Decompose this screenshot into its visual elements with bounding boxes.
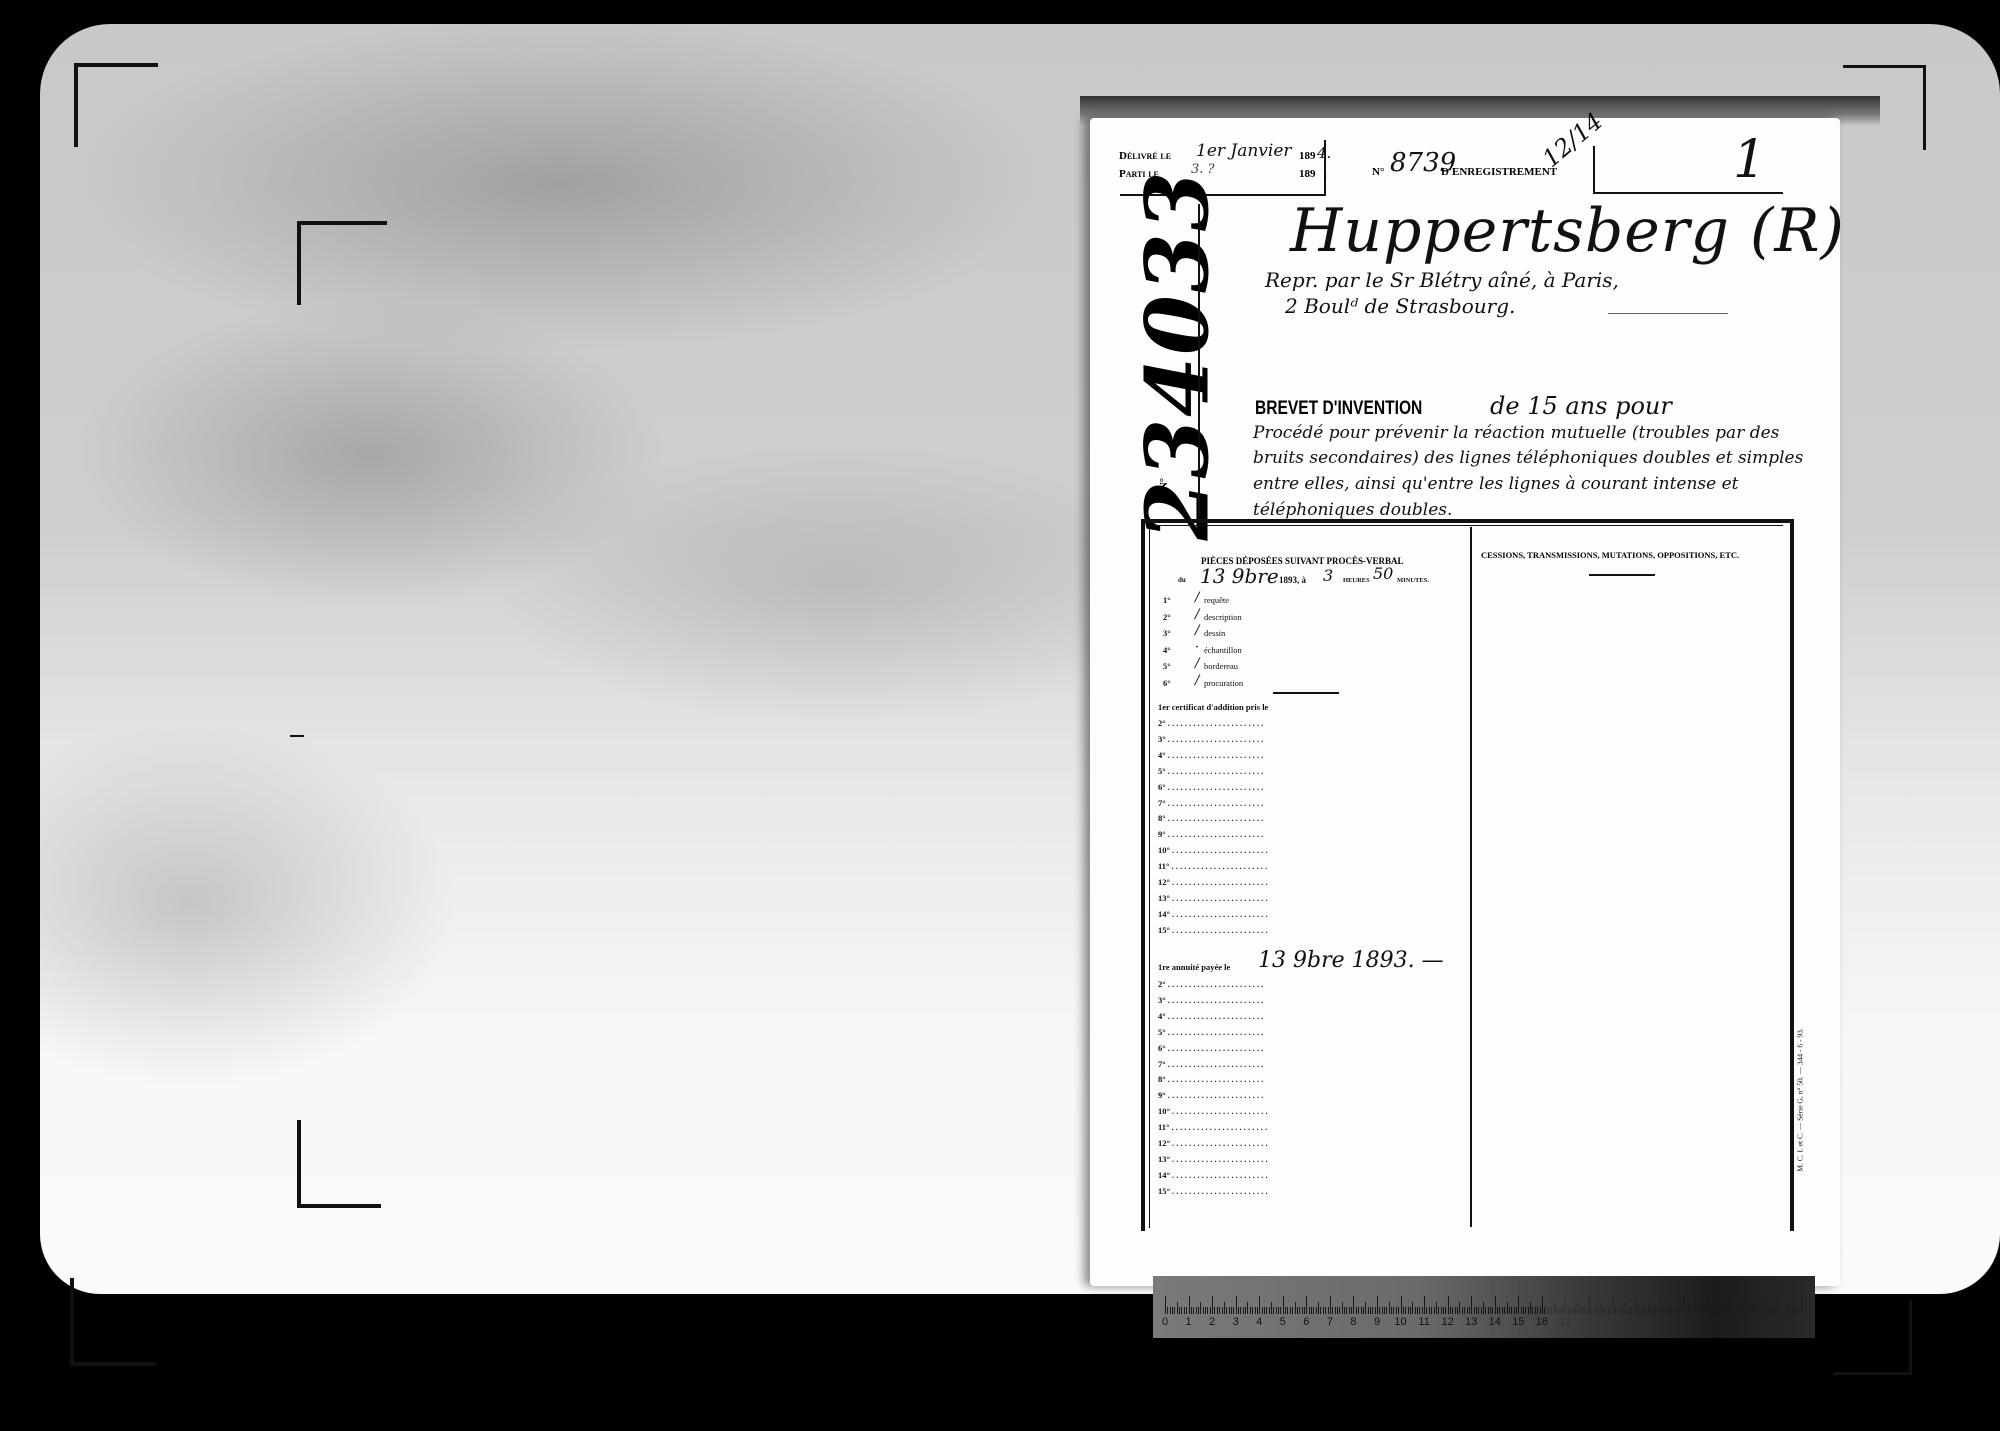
ruler-tick <box>1193 1307 1194 1314</box>
ruler-tick <box>1636 1296 1637 1314</box>
ruler-tick <box>1342 1302 1343 1314</box>
ruler-tick <box>1269 1307 1270 1314</box>
ruler-tick <box>1471 1296 1472 1314</box>
ruler-tick <box>1627 1307 1628 1314</box>
certificat-row: 4° . . . . . . . . . . . . . . . . . . .… <box>1158 750 1263 760</box>
ruler-tick <box>1243 1307 1244 1314</box>
ruler-tick <box>1252 1307 1253 1314</box>
ruler-tick <box>1273 1307 1274 1314</box>
cessions-heading: CESSIONS, TRANSMISSIONS, MUTATIONS, OPPO… <box>1481 550 1739 560</box>
ruler-tick <box>1167 1307 1168 1314</box>
ruler-tick <box>1226 1307 1227 1314</box>
ruler-tick <box>1276 1307 1277 1314</box>
ruler-tick <box>1641 1307 1642 1314</box>
ruler-tick <box>1785 1307 1786 1314</box>
ruler-tick <box>1719 1302 1720 1314</box>
ruler-tick <box>1733 1307 1734 1314</box>
description-line: entre elles, ainsi qu'entre les lignes à… <box>1253 474 1739 494</box>
ruler-tick <box>1516 1307 1517 1314</box>
ruler-tick <box>1518 1296 1519 1314</box>
ruler-tick <box>1683 1296 1684 1314</box>
ruler-tick <box>1391 1307 1392 1314</box>
ruler-tick <box>1695 1302 1696 1314</box>
ruler-tick <box>1405 1307 1406 1314</box>
annuite-first-label: 1re annuité payée le <box>1158 962 1230 972</box>
ruler-tick <box>1382 1307 1383 1314</box>
ruler-tick <box>1191 1307 1192 1314</box>
ruler-tick <box>1236 1296 1237 1314</box>
ruler-tick <box>1325 1307 1326 1314</box>
ruler-tick <box>1210 1307 1211 1314</box>
certificat-row: 8° . . . . . . . . . . . . . . . . . . .… <box>1158 813 1263 823</box>
certificat-row: 13° . . . . . . . . . . . . . . . . . . … <box>1158 893 1268 903</box>
ruler-tick <box>1441 1307 1442 1314</box>
ruler-tick <box>1285 1307 1286 1314</box>
ruler-tick <box>1386 1307 1387 1314</box>
certificat-row: 7° . . . . . . . . . . . . . . . . . . .… <box>1158 798 1263 808</box>
ruler-tick <box>1794 1307 1795 1314</box>
ruler-tick <box>1287 1307 1288 1314</box>
ruler-tick <box>1179 1307 1180 1314</box>
ruler-tick <box>1594 1307 1595 1314</box>
corner-mark-bottom-left-outer <box>70 1278 156 1366</box>
ruler-tick <box>1749 1307 1750 1314</box>
annuite-row: 9° . . . . . . . . . . . . . . . . . . .… <box>1158 1090 1263 1100</box>
ruler-tick <box>1346 1307 1347 1314</box>
measurement-ruler: 01234567891011121314151617 <box>1153 1276 1815 1338</box>
ruler-number: 12 <box>1442 1316 1454 1328</box>
ruler-tick <box>1742 1302 1743 1314</box>
annuite-row: 15° . . . . . . . . . . . . . . . . . . … <box>1158 1186 1268 1196</box>
ruler-tick <box>1408 1307 1409 1314</box>
ruler-tick <box>1299 1307 1300 1314</box>
parti-year-suffix: . <box>1324 168 1327 180</box>
enregistrement-label: D'ENREGISTREMENT <box>1441 166 1557 178</box>
ruler-tick <box>1165 1296 1166 1314</box>
ruler-tick <box>1351 1307 1352 1314</box>
pv-hour: 3 <box>1323 566 1333 585</box>
ruler-tick <box>1714 1307 1715 1314</box>
ruler-tick <box>1495 1296 1496 1314</box>
ruler-tick <box>1603 1307 1604 1314</box>
ruler-tick <box>1419 1307 1420 1314</box>
ruler-tick <box>1353 1296 1354 1314</box>
ruler-tick <box>1648 1302 1649 1314</box>
ruler-tick <box>1532 1307 1533 1314</box>
cessions-separator <box>1589 574 1655 576</box>
ruler-number: 8 <box>1350 1316 1356 1328</box>
annuite-row: 7° . . . . . . . . . . . . . . . . . . .… <box>1158 1059 1263 1069</box>
annuite-row: 11° . . . . . . . . . . . . . . . . . . … <box>1158 1122 1267 1132</box>
certificat-first-label: 1er certificat d'addition pris le <box>1158 702 1268 712</box>
ruler-tick <box>1198 1307 1199 1314</box>
ruler-tick <box>1302 1307 1303 1314</box>
ruler-tick <box>1688 1307 1689 1314</box>
ruler-tick <box>1370 1307 1371 1314</box>
printer-note: M. C. I. et C. — Série G, n° 50. — 344 -… <box>1793 1010 1807 1190</box>
piece-mark: · <box>1195 640 1199 655</box>
ruler-tick <box>1669 1307 1670 1314</box>
ruler-tick <box>1311 1307 1312 1314</box>
parti-year-prefix: 189 <box>1299 168 1316 180</box>
ruler-tick <box>1330 1296 1331 1314</box>
ruler-tick <box>1728 1307 1729 1314</box>
ruler-tick <box>1438 1307 1439 1314</box>
ruler-tick <box>1393 1307 1394 1314</box>
ruler-tick <box>1264 1307 1265 1314</box>
ruler-tick <box>1478 1307 1479 1314</box>
ruler-tick <box>1481 1307 1482 1314</box>
ruler-tick <box>1412 1302 1413 1314</box>
pieces-separator <box>1273 692 1339 694</box>
ruler-tick <box>1702 1307 1703 1314</box>
ruler-tick <box>1789 1302 1790 1314</box>
patentee-representative-line2: 2 Boulᵈ de Strasbourg. <box>1285 294 1515 318</box>
piece-index: 4° <box>1163 645 1171 655</box>
ruler-tick <box>1459 1302 1460 1314</box>
ruler-tick <box>1514 1307 1515 1314</box>
ruler-tick <box>1624 1302 1625 1314</box>
ruler-tick <box>1537 1307 1538 1314</box>
ruler-tick <box>1417 1307 1418 1314</box>
ruler-tick <box>1796 1307 1797 1314</box>
ruler-tick <box>1222 1307 1223 1314</box>
ruler-tick <box>1247 1302 1248 1314</box>
ruler-tick <box>1530 1302 1531 1314</box>
ruler-tick <box>1775 1307 1776 1314</box>
ruler-tick <box>1561 1307 1562 1314</box>
annuite-row: 2° . . . . . . . . . . . . . . . . . . .… <box>1158 979 1263 989</box>
ruler-tick <box>1200 1302 1201 1314</box>
brevet-title: BREVET D'INVENTION <box>1255 398 1422 420</box>
ruler-tick <box>1735 1307 1736 1314</box>
annuite-row: 4° . . . . . . . . . . . . . . . . . . .… <box>1158 1011 1263 1021</box>
pv-year: 1893, à <box>1279 575 1306 585</box>
ruler-tick <box>1278 1307 1279 1314</box>
certificat-row: 5° . . . . . . . . . . . . . . . . . . .… <box>1158 766 1263 776</box>
ruler-tick <box>1773 1307 1774 1314</box>
ruler-tick <box>1450 1307 1451 1314</box>
ruler-tick <box>1379 1307 1380 1314</box>
ruler-tick <box>1297 1307 1298 1314</box>
ruler-tick <box>1650 1307 1651 1314</box>
ruler-number: 1 <box>1185 1316 1191 1328</box>
ruler-tick <box>1361 1307 1362 1314</box>
ruler-tick <box>1556 1307 1557 1314</box>
ruler-tick <box>1681 1307 1682 1314</box>
piece-mark: / <box>1195 607 1199 622</box>
ruler-tick <box>1174 1307 1175 1314</box>
ruler-tick <box>1339 1307 1340 1314</box>
ruler-tick <box>1777 1296 1778 1314</box>
ruler-tick <box>1377 1296 1378 1314</box>
enregistrement-prefix: N° <box>1372 166 1384 178</box>
ruler-tick <box>1443 1307 1444 1314</box>
ruler-tick <box>1368 1307 1369 1314</box>
ruler-tick <box>1344 1307 1345 1314</box>
printer-note-text: M. C. I. et C. — Série G, n° 50. — 344 -… <box>1796 1028 1805 1171</box>
certificat-row: 3° . . . . . . . . . . . . . . . . . . .… <box>1158 734 1263 744</box>
ruler-number: 2 <box>1209 1316 1215 1328</box>
ruler-tick <box>1558 1307 1559 1314</box>
ruler-tick <box>1782 1307 1783 1314</box>
ruler-tick <box>1497 1307 1498 1314</box>
ruler-tick <box>1747 1307 1748 1314</box>
ruler-tick <box>1634 1307 1635 1314</box>
certificat-row: 2° . . . . . . . . . . . . . . . . . . .… <box>1158 718 1263 728</box>
ruler-tick <box>1457 1307 1458 1314</box>
ruler-tick <box>1389 1302 1390 1314</box>
delivre-year-prefix: 189 <box>1299 150 1316 162</box>
ruler-tick <box>1186 1307 1187 1314</box>
corner-mark-top-left-outer <box>74 63 158 147</box>
ruler-tick <box>1292 1307 1293 1314</box>
ruler-tick <box>1752 1307 1753 1314</box>
ruler-number: 7 <box>1327 1316 1333 1328</box>
ruler-tick <box>1573 1307 1574 1314</box>
ruler-tick <box>1372 1307 1373 1314</box>
ruler-tick <box>1335 1307 1336 1314</box>
ruler-tick <box>1464 1307 1465 1314</box>
ruler-tick <box>1349 1307 1350 1314</box>
ruler-tick <box>1304 1307 1305 1314</box>
ruler-number: 11 <box>1418 1316 1429 1328</box>
ruler-tick <box>1509 1307 1510 1314</box>
ruler-tick <box>1238 1307 1239 1314</box>
ruler-tick <box>1356 1307 1357 1314</box>
ruler-tick <box>1631 1307 1632 1314</box>
piece-label: description <box>1204 612 1242 622</box>
ruler-tick <box>1799 1307 1800 1314</box>
ruler-tick <box>1801 1296 1802 1314</box>
ruler-tick <box>1551 1307 1552 1314</box>
pv-date: 13 9bre <box>1200 564 1279 588</box>
annuite-row: 6° . . . . . . . . . . . . . . . . . . .… <box>1158 1043 1263 1053</box>
certificat-row: 15° . . . . . . . . . . . . . . . . . . … <box>1158 925 1268 935</box>
ruler-tick <box>1577 1302 1578 1314</box>
ruler-tick <box>1323 1307 1324 1314</box>
ruler-tick <box>1565 1296 1566 1314</box>
ruler-tick <box>1205 1307 1206 1314</box>
ruler-ticks <box>1165 1296 1801 1314</box>
ruler-tick <box>1363 1307 1364 1314</box>
ruler-tick <box>1309 1307 1310 1314</box>
piece-index: 1° <box>1163 595 1171 605</box>
number-margin-rule <box>1198 204 1200 520</box>
ruler-tick <box>1601 1302 1602 1314</box>
piece-index: 2° <box>1163 612 1171 622</box>
corner-mark-top-left-inner <box>297 221 387 305</box>
certificat-row: 11° . . . . . . . . . . . . . . . . . . … <box>1158 861 1267 871</box>
corner-mark-bottom-right <box>1833 1300 1912 1375</box>
ruler-tick <box>1575 1307 1576 1314</box>
ruler-tick <box>1679 1307 1680 1314</box>
ruler-tick <box>1535 1307 1536 1314</box>
ruler-tick <box>1780 1307 1781 1314</box>
ruler-tick <box>1224 1302 1225 1314</box>
ruler-tick <box>1620 1307 1621 1314</box>
ruler-tick <box>1582 1307 1583 1314</box>
ruler-tick <box>1622 1307 1623 1314</box>
ruler-tick <box>1403 1307 1404 1314</box>
ruler-tick <box>1655 1307 1656 1314</box>
ruler-tick <box>1589 1296 1590 1314</box>
ruler-number: 15 <box>1512 1316 1524 1328</box>
piece-label: bordereau <box>1204 661 1238 671</box>
ruler-tick <box>1177 1302 1178 1314</box>
ruler-number: 5 <box>1280 1316 1286 1328</box>
ruler-tick <box>1700 1307 1701 1314</box>
ruler-tick <box>1332 1307 1333 1314</box>
ruler-tick <box>1792 1307 1793 1314</box>
ruler-tick <box>1744 1307 1745 1314</box>
ruler-tick <box>1617 1307 1618 1314</box>
ruler-tick <box>1398 1307 1399 1314</box>
ruler-tick <box>1422 1307 1423 1314</box>
ruler-tick <box>1426 1307 1427 1314</box>
ruler-tick <box>1723 1307 1724 1314</box>
certificat-row: 12° . . . . . . . . . . . . . . . . . . … <box>1158 877 1268 887</box>
annuite-row: 13° . . . . . . . . . . . . . . . . . . … <box>1158 1154 1268 1164</box>
piece-mark: / <box>1195 673 1199 688</box>
ruler-tick <box>1313 1307 1314 1314</box>
ruler-tick <box>1711 1307 1712 1314</box>
ruler-tick <box>1707 1296 1708 1314</box>
ruler-tick <box>1763 1307 1764 1314</box>
ruler-tick <box>1203 1307 1204 1314</box>
piece-mark: / <box>1195 590 1199 605</box>
ruler-number: 14 <box>1489 1316 1501 1328</box>
ruler-tick <box>1770 1307 1771 1314</box>
patentee-name: Huppertsberg (R) <box>1290 196 1845 266</box>
stray-mark <box>290 735 304 737</box>
pv-hour-label: heures <box>1343 577 1370 584</box>
ruler-tick <box>1709 1307 1710 1314</box>
ruler-tick <box>1584 1307 1585 1314</box>
piece-index: 3° <box>1163 628 1171 638</box>
description-line: Procédé pour prévenir la réaction mutuel… <box>1253 423 1779 443</box>
ruler-tick <box>1320 1307 1321 1314</box>
ruler-tick <box>1257 1307 1258 1314</box>
ruler-tick <box>1653 1307 1654 1314</box>
ruler-tick <box>1525 1307 1526 1314</box>
brevet-duration: de 15 ans pour <box>1490 392 1672 420</box>
ruler-tick <box>1544 1307 1545 1314</box>
ruler-tick <box>1528 1307 1529 1314</box>
ruler-numbers: 01234567891011121314151617 <box>1165 1316 1801 1330</box>
ruler-tick <box>1384 1307 1385 1314</box>
annuite-first-value: 13 9bre 1893. — <box>1258 948 1444 973</box>
ruler-tick <box>1375 1307 1376 1314</box>
ruler-tick <box>1358 1307 1359 1314</box>
annuite-row: 3° . . . . . . . . . . . . . . . . . . .… <box>1158 995 1263 1005</box>
ruler-tick <box>1483 1302 1484 1314</box>
patent-number-value: 234033 <box>1128 169 1229 540</box>
annuite-row: 10° . . . . . . . . . . . . . . . . . . … <box>1158 1106 1268 1116</box>
ruler-tick <box>1671 1302 1672 1314</box>
ruler-tick <box>1434 1307 1435 1314</box>
ruler-tick <box>1657 1307 1658 1314</box>
ruler-tick <box>1570 1307 1571 1314</box>
ruler-tick <box>1455 1307 1456 1314</box>
ruler-tick <box>1448 1296 1449 1314</box>
ruler-tick <box>1596 1307 1597 1314</box>
pv-du-label: du <box>1178 576 1186 584</box>
ruler-tick <box>1547 1307 1548 1314</box>
piece-label: requête <box>1204 595 1229 605</box>
ruler-tick <box>1196 1307 1197 1314</box>
ruler-tick <box>1207 1307 1208 1314</box>
ruler-tick <box>1768 1307 1769 1314</box>
patent-number-prefix: N° <box>1158 478 1170 490</box>
ruler-tick <box>1646 1307 1647 1314</box>
ruler-tick <box>1318 1302 1319 1314</box>
ruler-tick <box>1615 1307 1616 1314</box>
ruler-tick <box>1610 1307 1611 1314</box>
ruler-tick <box>1761 1307 1762 1314</box>
ruler-tick <box>1686 1307 1687 1314</box>
pv-minutes-label: minutes. <box>1397 577 1429 584</box>
annuite-row: 14° . . . . . . . . . . . . . . . . . . … <box>1158 1170 1268 1180</box>
ruler-tick <box>1233 1307 1234 1314</box>
ruler-tick <box>1255 1307 1256 1314</box>
ruler-tick <box>1445 1307 1446 1314</box>
ruler-tick <box>1219 1307 1220 1314</box>
ruler-tick <box>1502 1307 1503 1314</box>
ruler-tick <box>1295 1302 1296 1314</box>
ruler-tick <box>1759 1307 1760 1314</box>
ruler-tick <box>1660 1296 1661 1314</box>
ruler-tick <box>1499 1307 1500 1314</box>
ruler-tick <box>1568 1307 1569 1314</box>
ruler-tick <box>1290 1307 1291 1314</box>
ruler-tick <box>1721 1307 1722 1314</box>
ruler-tick <box>1170 1307 1171 1314</box>
ruler-tick <box>1474 1307 1475 1314</box>
delivre-value: 1er Janvier <box>1196 141 1292 161</box>
ruler-tick <box>1189 1296 1190 1314</box>
piece-mark: / <box>1195 656 1199 671</box>
ruler-tick <box>1410 1307 1411 1314</box>
ruler-tick <box>1415 1307 1416 1314</box>
ruler-tick <box>1542 1296 1543 1314</box>
ruler-tick <box>1490 1307 1491 1314</box>
description-line: bruits secondaires) des lignes téléphoni… <box>1253 448 1803 468</box>
ruler-tick <box>1259 1296 1260 1314</box>
ruler-tick <box>1184 1307 1185 1314</box>
ruler-tick <box>1431 1307 1432 1314</box>
ruler-tick <box>1462 1307 1463 1314</box>
ruler-number: 6 <box>1303 1316 1309 1328</box>
ruler-tick <box>1629 1307 1630 1314</box>
certificat-row: 6° . . . . . . . . . . . . . . . . . . .… <box>1158 782 1263 792</box>
certificat-row: 9° . . . . . . . . . . . . . . . . . . .… <box>1158 829 1263 839</box>
ruler-tick <box>1262 1307 1263 1314</box>
certificat-row: 14° . . . . . . . . . . . . . . . . . . … <box>1158 909 1268 919</box>
folio-number: 1 <box>1733 130 1766 190</box>
ruler-number: 9 <box>1374 1316 1380 1328</box>
ruler-tick <box>1662 1307 1663 1314</box>
ruler-tick <box>1429 1307 1430 1314</box>
address-underline <box>1608 313 1728 314</box>
ruler-tick <box>1504 1307 1505 1314</box>
ruler-tick <box>1704 1307 1705 1314</box>
ruler-tick <box>1488 1307 1489 1314</box>
piece-label: dessin <box>1204 628 1225 638</box>
ruler-tick <box>1591 1307 1592 1314</box>
ruler-tick <box>1396 1307 1397 1314</box>
ruler-tick <box>1511 1307 1512 1314</box>
